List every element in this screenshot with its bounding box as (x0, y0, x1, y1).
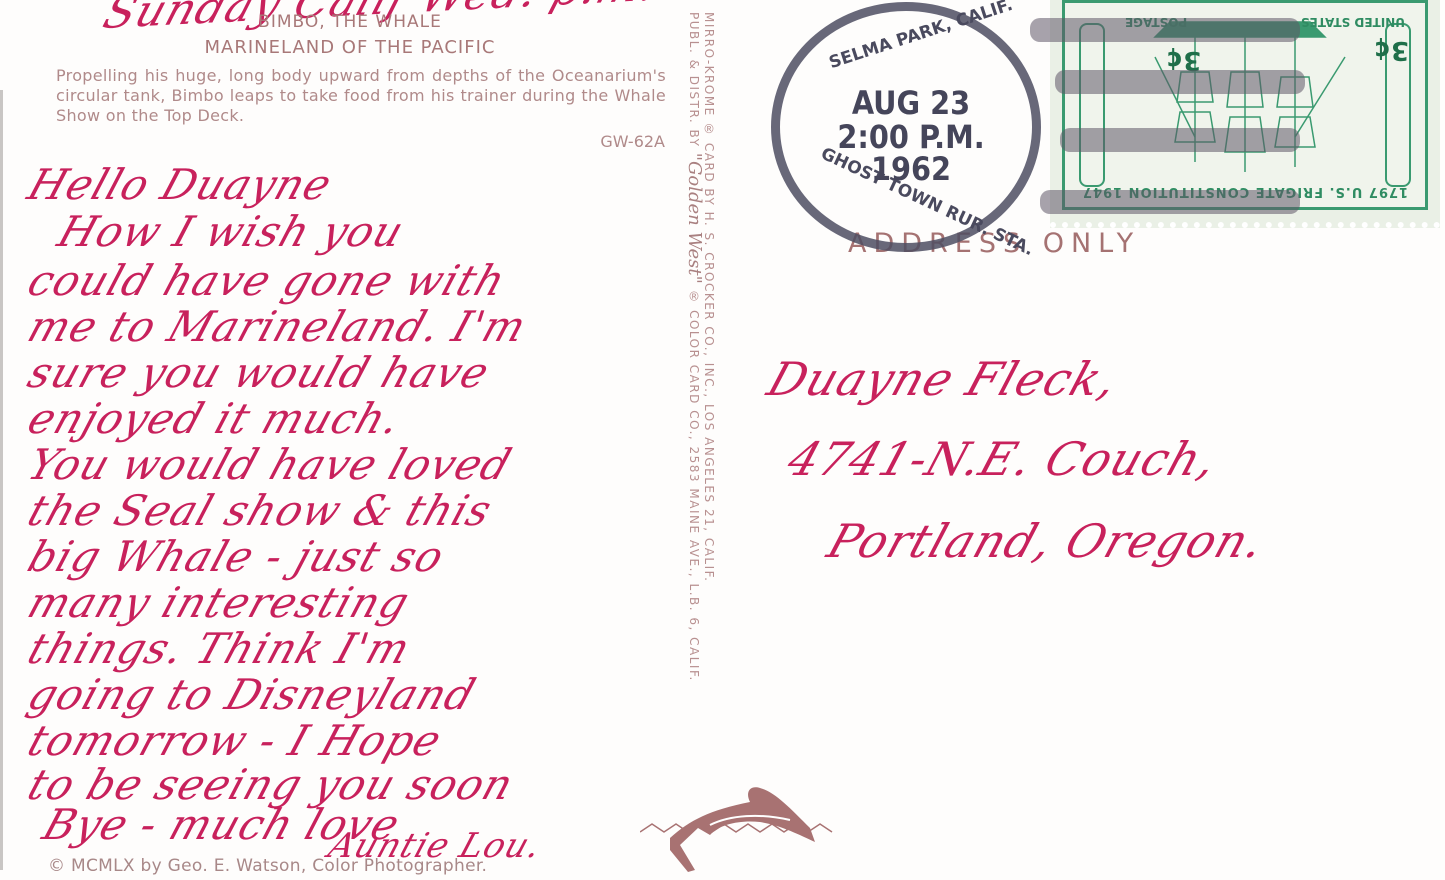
recipient-street: 4741-N.E. Couch, (781, 432, 1224, 486)
message-line: things. Think I'm (22, 624, 417, 673)
stamp-value: 3¢ (1373, 35, 1409, 65)
stamp-country: UNITED STATES (1301, 15, 1405, 29)
message-line: How I wish you (52, 207, 410, 256)
recipient-name: Duayne Fleck, (761, 352, 1125, 406)
message-line: You would have loved (22, 440, 518, 489)
publisher-brand: "Golden West" (684, 153, 705, 284)
cancel-bar (1040, 190, 1300, 214)
message-line: Hello Duayne (22, 160, 338, 209)
caption-code: GW-62A (600, 132, 665, 151)
dolphin-logo-icon (640, 780, 840, 880)
card-edge (0, 90, 3, 870)
message-line: many interesting (22, 578, 416, 627)
cannon-icon (1079, 23, 1105, 187)
message-line: enjoyed it much. (22, 394, 407, 443)
postmark: SELMA PARK, CALIF. GHOST TOWN RUR. STA. … (765, 0, 1057, 260)
cancel-bar (1055, 70, 1305, 94)
caption-body: Propelling his huge, long body upward fr… (56, 66, 666, 126)
postmark-year: 1962 (765, 152, 1057, 186)
message-line: big Whale - just so (22, 532, 451, 581)
caption-title: BIMBO, THE WHALE (0, 12, 700, 32)
publisher-suffix: ® COLOR CARD CO., 2583 MAINE AVE., L.B. … (687, 289, 701, 682)
cancel-bar (1060, 128, 1300, 152)
publisher-prefix: PUBL. & DISTR. BY (687, 12, 701, 147)
cancel-bar (1030, 18, 1300, 42)
caption-subtitle: MARINELAND OF THE PACIFIC (0, 37, 700, 58)
recipient-city: Portland, Oregon. (821, 514, 1272, 568)
copyright-notice: © MCMLX by Geo. E. Watson, Color Photogr… (48, 856, 487, 876)
message-line: could have gone with (22, 256, 512, 305)
postmark-time: 2:00 P.M. (765, 120, 1057, 154)
message-line: going to Disneyland (22, 670, 482, 719)
publisher-line-2: PUBL. & DISTR. BY "Golden West" ® COLOR … (684, 12, 705, 682)
message-line: sure you would have (22, 348, 496, 397)
postcard-back: Sunday Calif Wed. p.m. BIMBO, THE WHALE … (0, 0, 1445, 880)
message-line: tomorrow - I Hope (22, 716, 448, 765)
postmark-date: AUG 23 (765, 86, 1057, 120)
message-line: me to Marineland. I'm (22, 302, 533, 351)
message-line: the Seal show & this (22, 486, 498, 535)
